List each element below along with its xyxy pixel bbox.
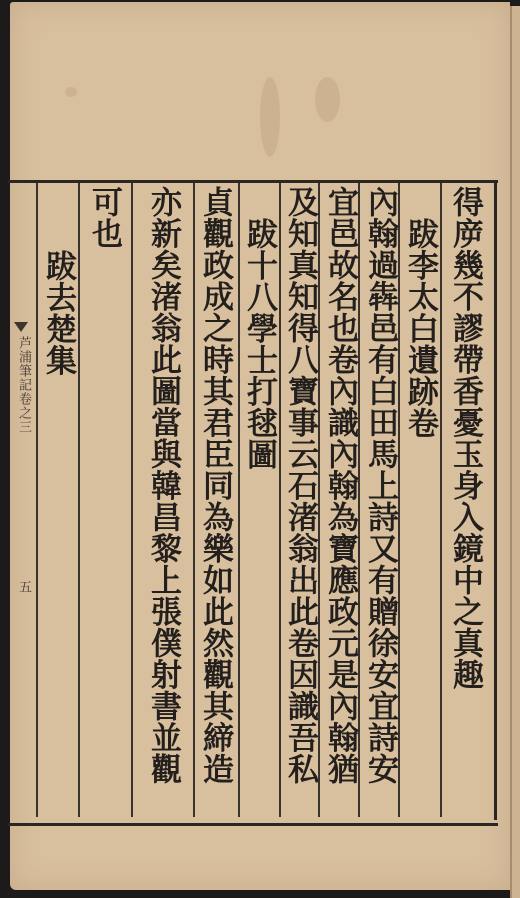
margin-page-number: 五	[14, 580, 33, 593]
column-rule	[279, 183, 281, 817]
column-rule	[440, 183, 442, 817]
column-rule	[78, 183, 80, 817]
heading-column-j: 跋去楚集	[42, 250, 73, 376]
next-page-edge	[510, 6, 520, 898]
column-rule	[238, 183, 240, 817]
water-stain	[260, 77, 280, 157]
heading-column-b: 跋李太白遺跡卷	[404, 218, 435, 439]
text-column-c: 內翰過犇邑有白田馬上詩又有贈徐安宜詩安	[364, 186, 395, 785]
water-stain	[65, 87, 77, 97]
water-stain	[315, 77, 340, 122]
text-column-a: 得㡿幾不謬帶香憂玉身入鏡中之真趣	[449, 186, 480, 690]
column-rule	[193, 183, 195, 817]
text-column-h: 亦新矣渚翁此圖當與韓昌黎上張僕射書並觀	[147, 186, 178, 785]
text-column-i: 可也	[88, 186, 119, 249]
margin-title: 芦浦筆記卷之三	[14, 336, 33, 434]
column-rule	[36, 183, 38, 817]
text-column-g: 貞觀政成之時其君臣同為樂如此然觀其締造	[199, 186, 230, 785]
printed-border-right	[494, 180, 497, 820]
text-column-d: 宜邑故名也卷內識內翰為寶應政元是內翰猶	[324, 186, 355, 785]
column-rule	[398, 183, 400, 817]
heading-column-f: 跋十八學士打毬圖	[243, 218, 274, 470]
text-column-e: 及知真知得八寶事云石渚翁出此卷因識吾私	[284, 186, 315, 785]
fishtail-mark-icon	[14, 322, 28, 332]
column-rule	[318, 183, 320, 817]
column-rule	[358, 183, 360, 817]
column-rule	[131, 183, 133, 817]
